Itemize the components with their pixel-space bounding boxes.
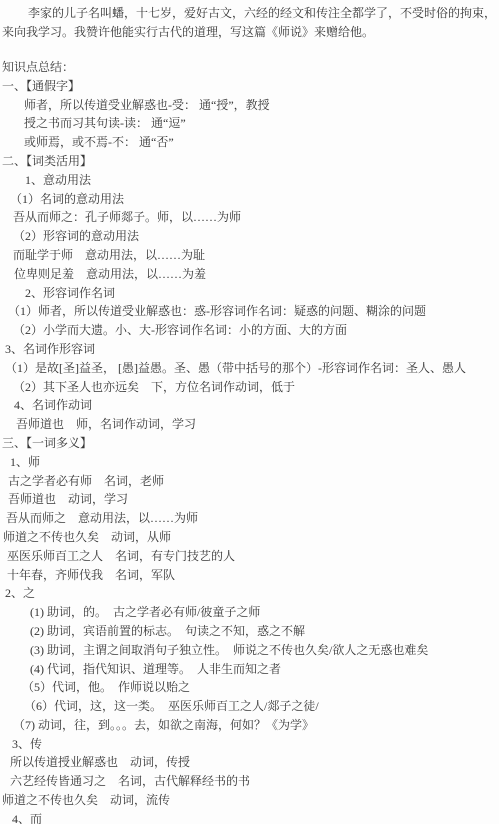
subheading-mingci-xingrongci: 3、名词作形容词 (0, 340, 499, 359)
text-line: 古之学者必有师 名词，老师 (0, 472, 499, 491)
text-line: （6）代词，这，这一类。 巫医乐师百工之人/郯子之徒/ (0, 697, 499, 716)
text-line: （7) 动词，往，到。。。去，如欲之南海，何如？《为学》 (0, 716, 499, 735)
text-line: (3) 助词，主谓之间取消句子独立性。 师说之不传也久矣/欲人之无惑也难矣 (0, 641, 499, 660)
text-line: 十年春，齐师伐我 名词，军队 (0, 566, 499, 585)
blank-line (0, 42, 499, 58)
text-line: 吾从而师之：孔子师郯子。师，以……为师 (0, 208, 499, 227)
text-line: （5）代词，他。 作师说以贻之 (0, 678, 499, 697)
heading-section-3-yiciduoyi: 三、【一词多义】 (0, 434, 499, 453)
subheading-chuan: 3、传 (0, 735, 499, 754)
subheading-zhi: 2、之 (0, 584, 499, 603)
text-line: 吾师道也 动词，学习 (0, 490, 499, 509)
text-line: 巫医乐师百工之人 名词，有专门技艺的人 (0, 547, 499, 566)
text-line: 师者，所以传道受业解惑也-受： 通“授”，教授 (0, 96, 499, 115)
subheading-mingci-dongci: 4、名词作动词 (0, 396, 499, 415)
text-line: （1）是故[圣]益圣， [愚]益愚。圣、愚（带中括号的那个）-形容词作名词：圣人… (0, 359, 499, 378)
subheading-shi: 1、师 (0, 453, 499, 472)
text-line: （1）名词的意动用法 (0, 190, 499, 209)
document-page: 李家的儿子名叫蟠，十七岁，爱好古文，六经的经文和传注全都学了，不受时俗的拘束， … (0, 0, 499, 824)
text-line: 师道之不传也久矣 动词，从师 (0, 528, 499, 547)
text-line: 所以传道授业解惑也 动词，传授 (0, 753, 499, 772)
text-line: 或师焉，或不焉-不： 通“否” (0, 133, 499, 152)
text-line: （2）形容词的意动用法 (0, 227, 499, 246)
text-line: 而耻学于师 意动用法，以……为耻 (0, 246, 499, 265)
intro-line-1: 李家的儿子名叫蟠，十七岁，爱好古文，六经的经文和传注全都学了，不受时俗的拘束， (0, 4, 499, 23)
heading-section-1-tongjiazi: 一、【通假字】 (0, 77, 499, 96)
text-line: 六艺经传皆通习之 名词，古代解释经书的书 (0, 772, 499, 791)
intro-paragraph: 李家的儿子名叫蟠，十七岁，爱好古文，六经的经文和传注全都学了，不受时俗的拘束， … (0, 4, 499, 42)
text-line: 师道之不传也久矣 动词，流传 (0, 791, 499, 810)
text-line: （2）小学而大遗。小、大-形容词作名词：小的方面、大的方面 (0, 321, 499, 340)
text-line: （2）其下圣人也亦远矣 下，方位名词作动词，低于 (0, 378, 499, 397)
text-line: 吾师道也 师，名词作动词，学习 (0, 415, 499, 434)
text-line: （1）师者，所以传道受业解惑也：惑-形容词作名词：疑惑的问题、糊涂的问题 (0, 302, 499, 321)
text-line: (4) 代词，指代知识、道理等。 人非生而知之者 (0, 660, 499, 679)
subheading-er: 4、而 (0, 810, 499, 824)
intro-line-2: 来向我学习。我赞许他能实行古代的道理，写这篇《师说》来赠给他。 (0, 23, 499, 42)
subheading-xingrongci-mingci: 2、形容词作名词 (0, 284, 499, 303)
text-line: 位卑则足羞 意动用法，以……为羞 (0, 265, 499, 284)
heading-knowledge-summary: 知识点总结： (0, 58, 499, 77)
text-line: 授之书而习其句读-读： 通“逗” (0, 114, 499, 133)
text-line: (1) 助词，的。 古之学者必有师/彼童子之师 (0, 603, 499, 622)
text-line: 吾从而师之 意动用法，以……为师 (0, 509, 499, 528)
text-line: (2) 助词，宾语前置的标志。 句读之不知，惑之不解 (0, 622, 499, 641)
subheading-yidong-yongfa: 1、意动用法 (0, 171, 499, 190)
heading-section-2-cileihuoyong: 二、【词类活用】 (0, 152, 499, 171)
